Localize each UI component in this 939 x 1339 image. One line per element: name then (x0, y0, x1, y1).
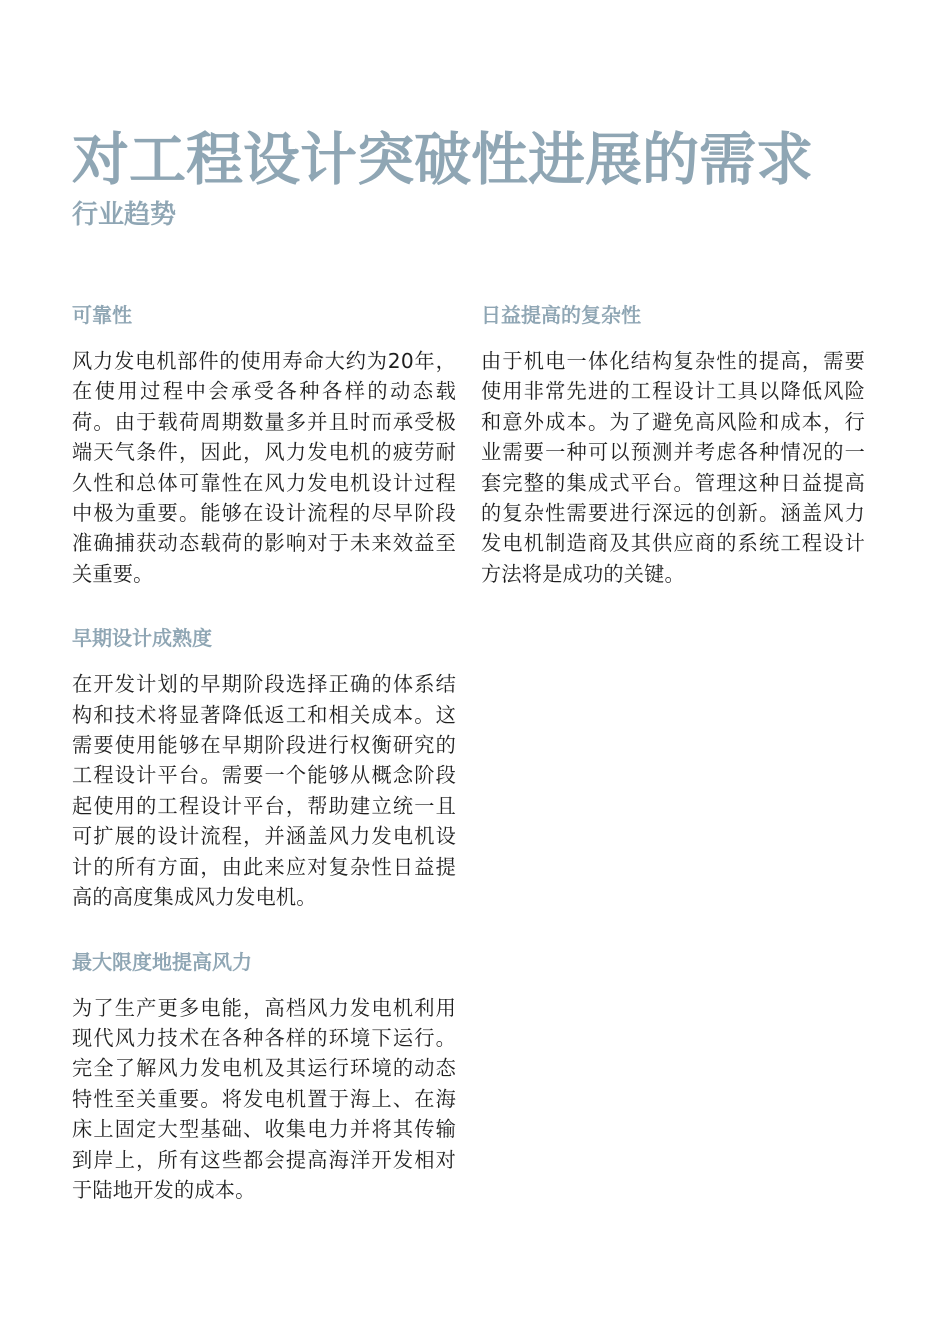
section-body: 在开发计划的早期阶段选择正确的体系结构和技术将显著降低返工和相关成本。这需要使用… (72, 669, 456, 912)
left-column: 可靠性 风力发电机部件的使用寿命大约为20年，在使用过程中会承受各种各样的动态载… (72, 300, 456, 1239)
section-early-design-maturity: 早期设计成熟度 在开发计划的早期阶段选择正确的体系结构和技术将显著降低返工和相关… (72, 623, 456, 912)
section-heading: 早期设计成熟度 (72, 623, 456, 653)
section-body: 为了生产更多电能，高档风力发电机利用现代风力技术在各种各样的环境下运行。完全了解… (72, 993, 456, 1206)
section-heading: 最大限度地提高风力 (72, 947, 456, 977)
right-column: 日益提高的复杂性 由于机电一体化结构复杂性的提高，需要使用非常先进的工程设计工具… (481, 300, 865, 623)
page-title: 对工程设计突破性进展的需求 (72, 124, 813, 196)
section-body: 由于机电一体化结构复杂性的提高，需要使用非常先进的工程设计工具以降低风险和意外成… (481, 346, 865, 589)
page-subtitle: 行业趋势 (72, 198, 176, 232)
section-reliability: 可靠性 风力发电机部件的使用寿命大约为20年，在使用过程中会承受各种各样的动态载… (72, 300, 456, 589)
section-heading: 可靠性 (72, 300, 456, 330)
section-increasing-complexity: 日益提高的复杂性 由于机电一体化结构复杂性的提高，需要使用非常先进的工程设计工具… (481, 300, 865, 589)
section-maximize-wind-power: 最大限度地提高风力 为了生产更多电能，高档风力发电机利用现代风力技术在各种各样的… (72, 947, 456, 1206)
section-body: 风力发电机部件的使用寿命大约为20年，在使用过程中会承受各种各样的动态载荷。由于… (72, 346, 456, 589)
section-heading: 日益提高的复杂性 (481, 300, 865, 330)
